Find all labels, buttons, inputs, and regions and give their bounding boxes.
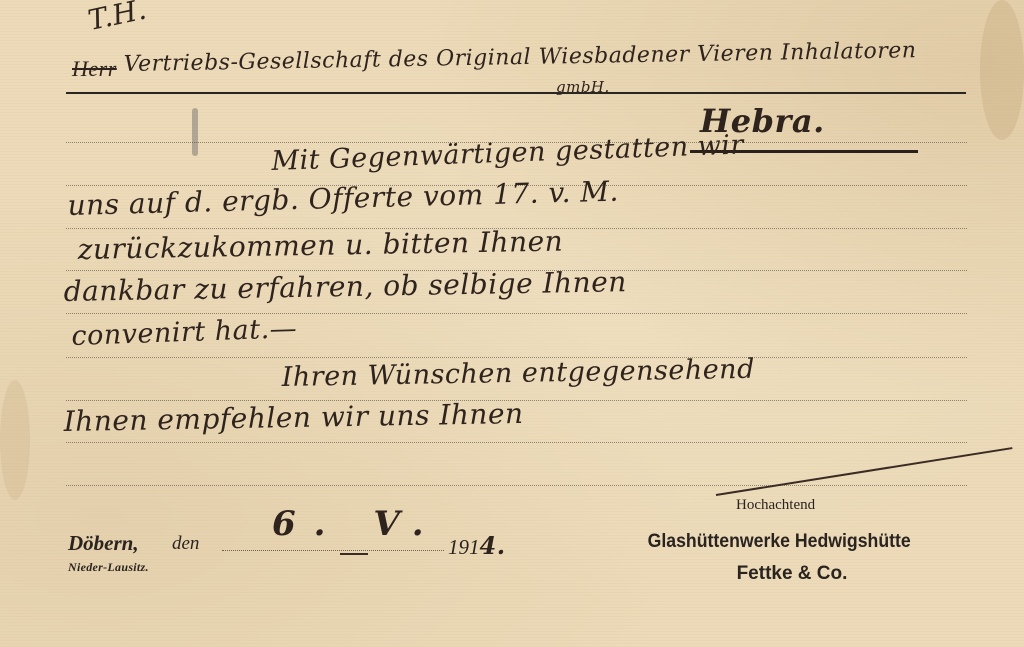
- handwritten-date: 6. V.: [272, 504, 442, 544]
- region-name: Nieder-Lausitz.: [68, 560, 149, 575]
- writing-rule: [66, 485, 967, 486]
- paper-stain: [0, 380, 30, 500]
- place-name: Döbern,: [68, 531, 139, 556]
- printed-year-prefix: 191: [448, 535, 480, 559]
- message-line: dankbar zu erfahren, ob selbige Ihnen: [63, 265, 627, 308]
- handwritten-initials: T.H.: [85, 0, 149, 37]
- writing-rule: [66, 313, 967, 314]
- closing-text: Hochachtend: [736, 497, 815, 514]
- signature-flourish: [716, 447, 1013, 496]
- paper-stain: [980, 0, 1024, 140]
- printed-year: 1914.: [448, 531, 506, 560]
- handwritten-recipient: Vertriebs-Gesellschaft des Original Wies…: [124, 38, 917, 77]
- writing-rule: [66, 442, 967, 443]
- firm-name: Fettke & Co.: [622, 563, 962, 585]
- ink-blot: [192, 108, 198, 156]
- message-line: zurückzukommen u. bitten Ihnen: [77, 225, 563, 266]
- message-line: convenirt hat.—: [71, 313, 298, 352]
- message-line: Ihren Wünschen entgegensehend: [281, 354, 755, 393]
- postcard: T.H. Herr Vertriebs-Gesellschaft des Ori…: [0, 0, 1024, 647]
- printed-salutation: Herr: [72, 56, 117, 82]
- date-underline: [340, 553, 368, 555]
- company-name: Glashüttenwerke Hedwigshütte: [622, 531, 936, 553]
- message-line: Ihnen empfehlen wir uns Ihnen: [63, 397, 523, 438]
- message-line: uns auf d. ergb. Offerte vom 17. v. M.: [67, 175, 619, 222]
- message-line: Mit Gegenwärtigen gestatten wir: [271, 130, 744, 177]
- date-dotted-line: [222, 550, 444, 551]
- address-rule: [66, 92, 966, 94]
- handwritten-year-digit: 4.: [480, 531, 506, 560]
- date-prefix: den: [172, 533, 199, 555]
